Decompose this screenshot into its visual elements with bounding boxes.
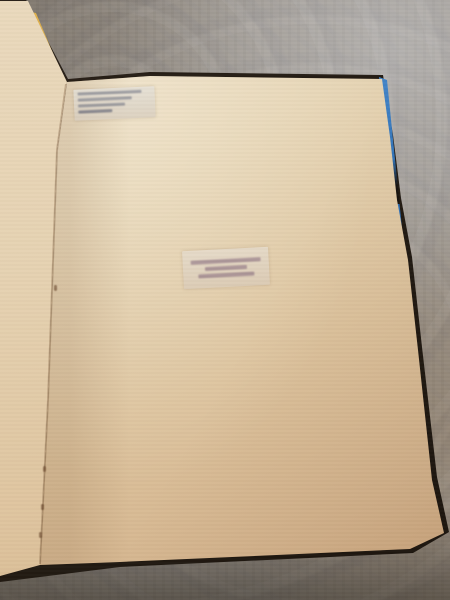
illegible-text-line: [191, 257, 261, 265]
photo-of-open-book: [0, 0, 450, 600]
illegible-text-line: [77, 90, 141, 96]
stitch-hole: [41, 504, 44, 510]
illegible-text-line: [78, 96, 132, 101]
stitch-hole: [54, 285, 57, 291]
illegible-text-line: [78, 103, 125, 108]
page-shading: [0, 0, 450, 600]
stitch-hole: [39, 532, 42, 538]
illegible-text-line: [78, 109, 112, 113]
illegible-text-line: [205, 265, 247, 271]
illegible-text-line: [198, 272, 254, 279]
center-stamped-label: [182, 247, 270, 289]
top-left-paper-label: [73, 86, 155, 121]
stitch-hole: [43, 466, 46, 472]
